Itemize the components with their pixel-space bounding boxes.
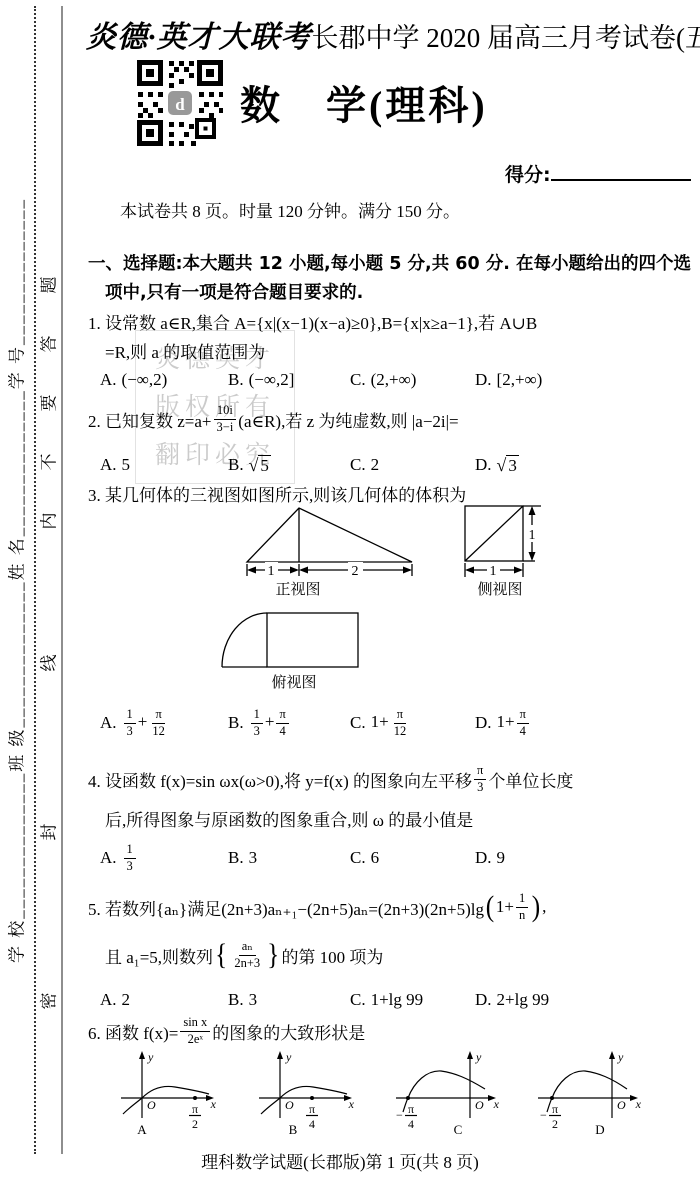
option-value: 2 xyxy=(122,990,131,1010)
option-value: 9 xyxy=(497,848,506,868)
subject-title: 数 学(理科) xyxy=(240,74,488,131)
q3-options: A.13+π12 B.13+π4 C.1+π12 D.1+π4 xyxy=(88,702,694,744)
origin-label: O xyxy=(147,1098,156,1112)
axis-x-label: x xyxy=(348,1097,355,1111)
tick-numerator: π xyxy=(408,1102,414,1116)
q6-stem: 6. 函数 f(x)=sin x2eˣ的图象的大致形状是 xyxy=(88,1008,365,1054)
q1-stem-line2: =R,则 a 的取值范围为 xyxy=(105,338,265,363)
q5-stem-line2: 且 a₁=5,则数列{aₙ2n+3}的第 100 项为 xyxy=(105,931,383,979)
axis-y-label: y xyxy=(475,1050,482,1064)
exam-page: 炎德英才 版权所有 翻印必究 学 校______________班 级_____… xyxy=(0,0,700,1190)
option-label: D. xyxy=(475,990,492,1010)
q1-options: A.(−∞,2) B.(−∞,2] C.(2,+∞) D.[2,+∞) xyxy=(88,366,694,394)
option-label: B. xyxy=(228,848,244,868)
axis-x-label: x xyxy=(210,1097,217,1111)
option-label: D. xyxy=(475,455,492,475)
option-label: C. xyxy=(350,990,366,1010)
option-label: C. xyxy=(350,848,366,868)
q4-stem-line2: 后,所得图象与原函数的图象重合,则 ω 的最小值是 xyxy=(105,806,473,831)
q1-stem-line1: 1. 设常数 a∈R,集合 A={x|(x−1)(x−a)≥0},B={x|x≥… xyxy=(88,309,537,334)
option-value: (−∞,2] xyxy=(249,370,295,390)
option-value: 1+π4 xyxy=(497,707,531,739)
q1-option-b: B.(−∞,2] xyxy=(228,366,294,394)
sidebar-seal-text-lower: 密封线 xyxy=(35,650,60,1010)
q1-option-c: C.(2,+∞) xyxy=(350,366,416,394)
option-value: 5 xyxy=(122,455,131,475)
section1-heading-line1: 一、选择题:本大题共 12 小题,每小题 5 分,共 60 分. 在每小题给出的… xyxy=(88,250,691,275)
three-view-figure: 1 2 正视图 1 1 侧视图 xyxy=(210,498,560,698)
q6-graph-c: y x O − π 4 C xyxy=(394,1050,500,1135)
axis-y-label: y xyxy=(147,1050,154,1064)
section1-heading-line2: 项中,只有一项是符合题目要求的. xyxy=(105,279,363,304)
q3-option-b: B.13+π4 xyxy=(228,702,291,744)
option-value: [2,+∞) xyxy=(497,370,543,390)
option-label: C. xyxy=(350,713,366,733)
q4-options: A.13 B.3 C.6 D.9 xyxy=(88,836,694,880)
axis-x-label: x xyxy=(635,1097,642,1111)
front-dim-2: 2 xyxy=(352,564,359,579)
exam-title: 炎德·英才大联考长郡中学 2020 届高三月考试卷(五) xyxy=(86,12,698,56)
front-view-label: 正视图 xyxy=(275,581,320,598)
option-label: C. xyxy=(350,370,366,390)
option-value: 13 xyxy=(122,842,138,874)
axis-y-label: y xyxy=(285,1050,292,1064)
exam-title-brand: 炎德·英才大联考 xyxy=(86,21,312,54)
option-value: 3 xyxy=(249,990,258,1010)
q2-option-c: C.2 xyxy=(350,448,379,482)
side-view-arrows xyxy=(465,506,536,574)
seal-dotted-line xyxy=(34,6,36,1154)
q4-option-b: B.3 xyxy=(228,836,257,880)
option-value: 1+π12 xyxy=(371,707,412,739)
page-footer: 理科数学试题(长郡版)第 1 页(共 8 页) xyxy=(60,1148,620,1173)
option-label: A. xyxy=(100,713,117,733)
option-label: A. xyxy=(100,370,117,390)
option-label: B. xyxy=(228,990,244,1010)
sidebar-student-info-fields: 学 校______________班 级______________姓 名___… xyxy=(3,111,28,1051)
q2-option-b: B.√5 xyxy=(228,448,271,482)
option-value: √3 xyxy=(497,455,519,476)
qr-code: d xyxy=(135,58,225,148)
q2-stem: 2. 已知复数 z=a+10i3−i(a∈R),若 z 为纯虚数,则 |a−2i… xyxy=(88,396,459,442)
option-label: D. xyxy=(475,713,492,733)
exam-info: 本试卷共 8 页。时量 120 分钟。满分 150 分。 xyxy=(120,197,460,222)
q1-option-d: D.[2,+∞) xyxy=(475,366,542,394)
option-value: (−∞,2) xyxy=(122,370,168,390)
option-label: C. xyxy=(350,455,366,475)
option-label: D. xyxy=(475,370,492,390)
q6-graph-d: y x O − π 2 D xyxy=(536,1050,642,1135)
tick-numerator: π xyxy=(309,1102,315,1116)
option-value: 3 xyxy=(249,848,258,868)
qr-logo-letter: d xyxy=(175,95,185,114)
tick-numerator: π xyxy=(192,1102,198,1116)
option-value: √5 xyxy=(249,455,271,476)
option-value: 13+π12 xyxy=(122,707,170,739)
seal-solid-line xyxy=(61,6,63,1154)
q6-graph-b: y x O π 4 B xyxy=(256,1050,356,1135)
q6-graph-a: y x O π 2 A xyxy=(118,1050,218,1135)
tick-denominator: 4 xyxy=(408,1117,414,1131)
q3-option-d: D.1+π4 xyxy=(475,702,531,744)
tick-numerator: π xyxy=(552,1102,558,1116)
score-blank xyxy=(551,160,691,181)
option-label: A. xyxy=(100,848,117,868)
q3-option-c: C.1+π12 xyxy=(350,702,411,744)
tick-denominator: 4 xyxy=(309,1117,315,1131)
q2-option-d: D.√3 xyxy=(475,448,519,482)
score-line: 得分: xyxy=(505,160,691,187)
option-value: (2,+∞) xyxy=(371,370,417,390)
score-label: 得分: xyxy=(505,164,551,186)
exam-title-rest: 长郡中学 2020 届高三月考试卷(五) xyxy=(312,23,700,53)
axis-x-label: x xyxy=(493,1097,500,1111)
q1-option-a: A.(−∞,2) xyxy=(100,366,167,394)
q4-option-d: D.9 xyxy=(475,836,505,880)
graph-letter: B xyxy=(289,1122,298,1135)
front-dim-1: 1 xyxy=(268,564,275,579)
side-dim-h: 1 xyxy=(490,564,497,579)
graph-letter: C xyxy=(454,1122,463,1135)
graph-letter: D xyxy=(595,1122,604,1135)
q4-stem-line1: 4. 设函数 f(x)=sin ωx(ω>0),将 y=f(x) 的图象向左平移… xyxy=(88,757,573,801)
option-label: A. xyxy=(100,990,117,1010)
q4-option-a: A.13 xyxy=(100,836,138,880)
q2-option-a: A.5 xyxy=(100,448,130,482)
top-view-label: 俯视图 xyxy=(271,674,316,691)
option-value: 13+π4 xyxy=(249,707,291,739)
option-label: A. xyxy=(100,455,117,475)
graph-letter: A xyxy=(137,1122,147,1135)
axis-y-label: y xyxy=(617,1050,624,1064)
side-view-label: 侧视图 xyxy=(477,581,522,598)
option-value: 6 xyxy=(371,848,380,868)
option-label: B. xyxy=(228,713,244,733)
tick-denominator: 2 xyxy=(192,1117,198,1131)
option-value: 1+lg 99 xyxy=(371,990,424,1010)
tick-sign: − xyxy=(540,1108,547,1122)
tick-sign: − xyxy=(396,1108,403,1122)
option-value: 2 xyxy=(371,455,380,475)
origin-label: O xyxy=(475,1098,484,1112)
q4-option-c: C.6 xyxy=(350,836,379,880)
q3-option-a: A.13+π12 xyxy=(100,702,170,744)
sidebar-seal-text-upper: 内不要答题 xyxy=(35,280,60,530)
option-label: D. xyxy=(475,848,492,868)
option-value: 2+lg 99 xyxy=(497,990,550,1010)
tick-denominator: 2 xyxy=(552,1117,558,1131)
q5-stem-line1: 5. 若数列{aₙ}满足(2n+3)aₙ₊₁−(2n+5)aₙ=(2n+3)(2… xyxy=(88,883,546,931)
q5-option-d: D.2+lg 99 xyxy=(475,986,549,1014)
side-dim-v: 1 xyxy=(529,528,536,543)
option-label: B. xyxy=(228,455,244,475)
top-view-drawing xyxy=(222,613,358,667)
q2-options: A.5 B.√5 C.2 D.√3 xyxy=(88,448,694,482)
origin-label: O xyxy=(617,1098,626,1112)
option-label: B. xyxy=(228,370,244,390)
origin-label: O xyxy=(285,1098,294,1112)
